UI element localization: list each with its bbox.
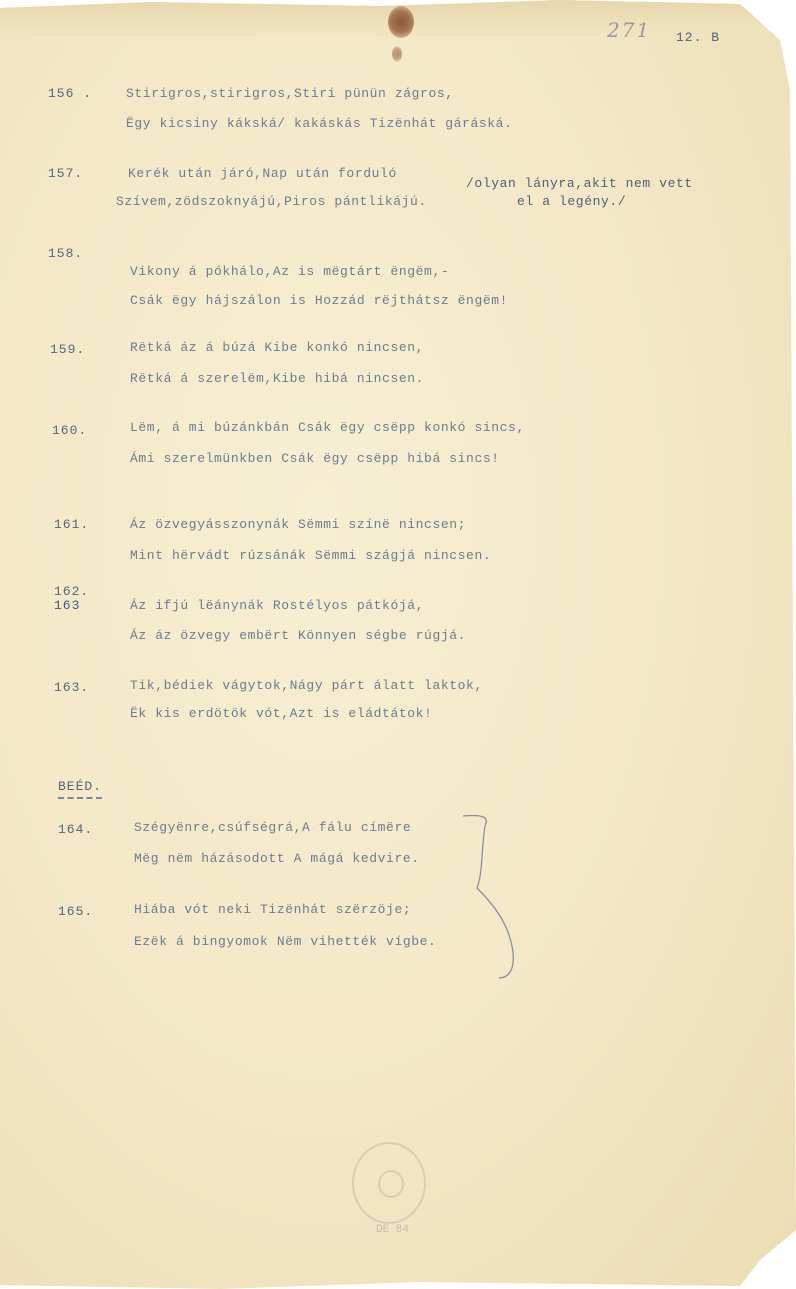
entry-161-line-1: Áz özvegyásszonynák Sëmmi színë nincsen; — [130, 517, 466, 532]
entry-number-160: 160. — [52, 423, 87, 438]
typed-page-number: 12. B — [676, 30, 720, 45]
entry-number-158: 158. — [48, 246, 83, 261]
entry-165-line-2: Ezëk á bingyomok Nëm vihették vígbe. — [134, 934, 436, 949]
entry-164-line-2: Mëg nëm házásodott A mágá kedvire. — [134, 851, 420, 866]
handwritten-page-number: 271 — [607, 18, 651, 42]
section-title: BEÉD. — [58, 779, 102, 794]
stamp-code: DE 84 — [376, 1224, 409, 1236]
entry-number-162: 162. — [54, 584, 89, 599]
rust-stain — [388, 6, 414, 38]
handwritten-bracket-icon — [455, 812, 515, 982]
entry-158-line-1: Vikony á pókhálo,Az is mëgtárt ëngëm,- — [130, 264, 449, 279]
entry-number-159: 159. — [50, 342, 85, 357]
document-page: 271 12. B 156 . Stirigros,stirigros,Stir… — [0, 0, 796, 1289]
entry-number-163: 163. — [54, 680, 89, 695]
entry-157-note-2: el a legény./ — [517, 194, 626, 209]
entry-162-line-2: Áz áz özvegy embërt Könnyen ségbe rúgjá. — [130, 628, 466, 643]
entry-164-line-1: Szégyënre,csúfségrá,A fálu címëre — [134, 820, 411, 835]
entry-156-line-2: Ëgy kicsiny kákská/ kakáskás Tizënhát gá… — [126, 116, 512, 131]
entry-160-line-1: Lëm, á mi búzánkbán Csák ëgy csëpp konkó… — [130, 420, 525, 435]
typed-page-suffix: B — [711, 30, 720, 45]
stamp-emblem-icon — [378, 1170, 404, 1198]
entry-165-line-1: Hiába vót neki Tizënhát szërzöje; — [134, 902, 411, 917]
entry-number-162-correction: 163 — [54, 598, 80, 613]
entry-number-165: 165. — [58, 904, 93, 919]
entry-158-line-2: Csák ëgy hájszálon is Hozzád rëjthátsz ë… — [130, 293, 508, 308]
torn-corner — [745, 1235, 795, 1289]
entry-163-line-2: Ëk kis erdötök vót,Azt is eládtátok! — [130, 706, 432, 721]
entry-160-line-2: Ámi szerelmünkben Csák ëgy csëpp hibá si… — [130, 451, 500, 466]
entry-157-line-2: Szívem,zödszoknyájú,Piros pántlikájú. — [116, 194, 427, 209]
entry-number-164: 164. — [58, 822, 93, 837]
entry-163-line-1: Tik,bédiek vágytok,Nágy párt álatt lakto… — [130, 678, 483, 693]
rust-stain — [392, 46, 402, 62]
typed-page-number-value: 12. — [676, 30, 702, 45]
entry-159-line-1: Rëtká áz á búzá Kibe konkó nincsen, — [130, 340, 424, 355]
entry-number-156: 156 . — [48, 86, 92, 101]
entry-162-line-1: Áz ifjú lëánynák Rostélyos pátkójá, — [130, 598, 424, 613]
entry-number-157: 157. — [48, 166, 83, 181]
entry-159-line-2: Rëtká á szerelëm,Kibe hibá nincsen. — [130, 371, 424, 386]
entry-number-161: 161. — [54, 517, 89, 532]
entry-157-note-1: /olyan lányra,akit nem vett — [466, 176, 693, 191]
entry-156-line-1: Stirigros,stirigros,Stiri pünün zágros, — [126, 86, 454, 101]
section-underline — [58, 797, 102, 799]
entry-161-line-2: Mint hërvádt rúzsánák Sëmmi szágjá nincs… — [130, 548, 491, 563]
archive-stamp-icon — [352, 1142, 426, 1224]
entry-157-line-1: Kerék után járó,Nap után forduló — [128, 166, 397, 181]
